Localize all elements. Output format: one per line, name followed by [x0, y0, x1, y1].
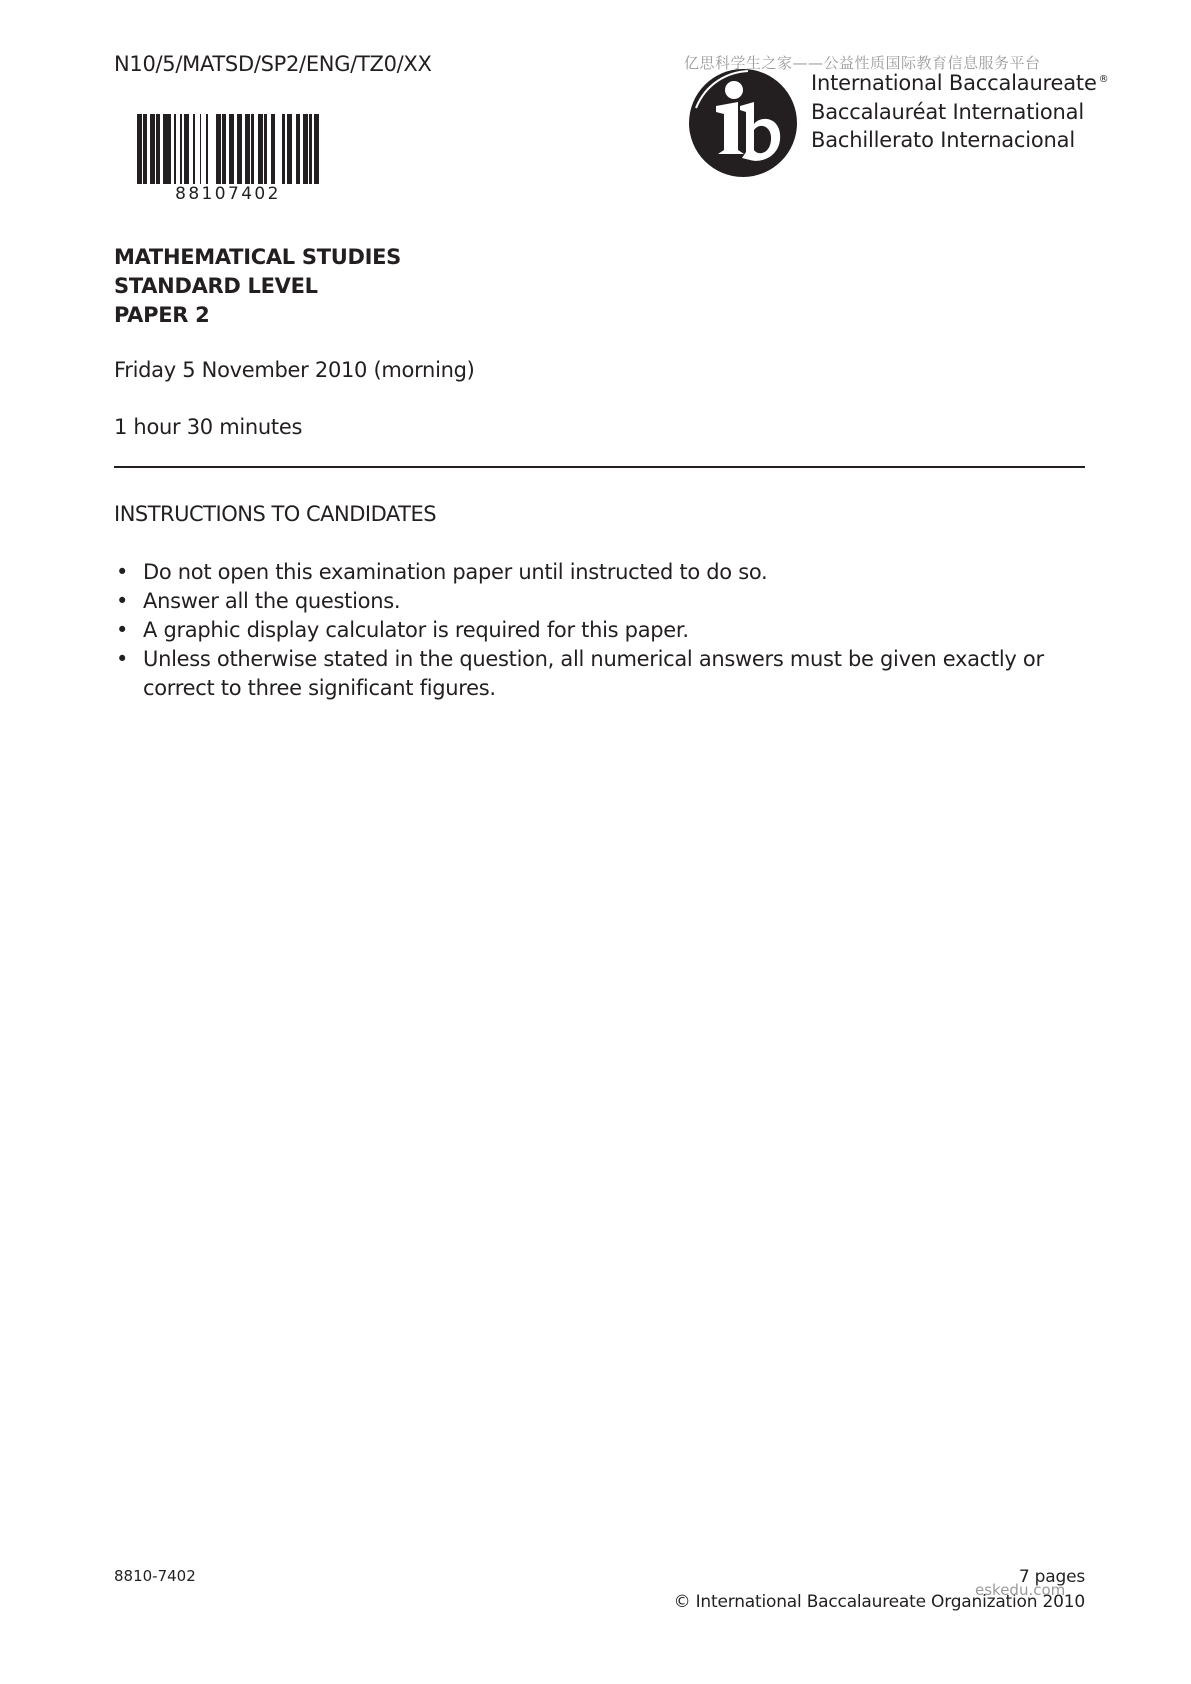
organization-names: International Baccalaureate® Baccalauréa… — [811, 66, 1108, 155]
instruction-item: •Do not open this examination paper unti… — [114, 558, 1089, 587]
ib-logo-icon — [688, 68, 798, 178]
divider — [114, 466, 1085, 468]
exam-date: Friday 5 November 2010 (morning) — [114, 358, 475, 382]
registered-mark: ® — [1099, 74, 1109, 85]
barcode — [137, 114, 319, 184]
bullet-icon: • — [116, 645, 128, 674]
instruction-item: •Unless otherwise stated in the question… — [114, 645, 1089, 703]
document-code: 8810-7402 — [114, 1567, 196, 1585]
org-name-english: International Baccalaureate® — [811, 66, 1108, 98]
bullet-icon: • — [116, 616, 128, 645]
org-name-french: Baccalauréat International — [811, 98, 1108, 127]
exam-duration: 1 hour 30 minutes — [114, 415, 302, 439]
bullet-icon: • — [116, 558, 128, 587]
barcode-number: 88107402 — [137, 184, 319, 204]
exam-code: N10/5/MATSD/SP2/ENG/TZ0/XX — [114, 52, 432, 76]
level-title: STANDARD LEVEL — [114, 272, 401, 301]
barcode-gap — [208, 114, 216, 184]
bullet-icon: • — [116, 587, 128, 616]
instructions-heading: INSTRUCTIONS TO CANDIDATES — [114, 502, 436, 526]
watermark-bottom: eskedu.com — [975, 1581, 1065, 1599]
org-name-spanish: Bachillerato Internacional — [811, 126, 1108, 155]
instructions-list: •Do not open this examination paper unti… — [114, 558, 1089, 703]
instruction-item: •Answer all the questions. — [114, 587, 1089, 616]
title-block: MATHEMATICAL STUDIES STANDARD LEVEL PAPE… — [114, 243, 401, 330]
instruction-item: •A graphic display calculator is require… — [114, 616, 1089, 645]
paper-title: PAPER 2 — [114, 301, 401, 330]
barcode-bar — [314, 114, 319, 184]
subject-title: MATHEMATICAL STUDIES — [114, 243, 401, 272]
barcode-bar — [163, 114, 171, 184]
